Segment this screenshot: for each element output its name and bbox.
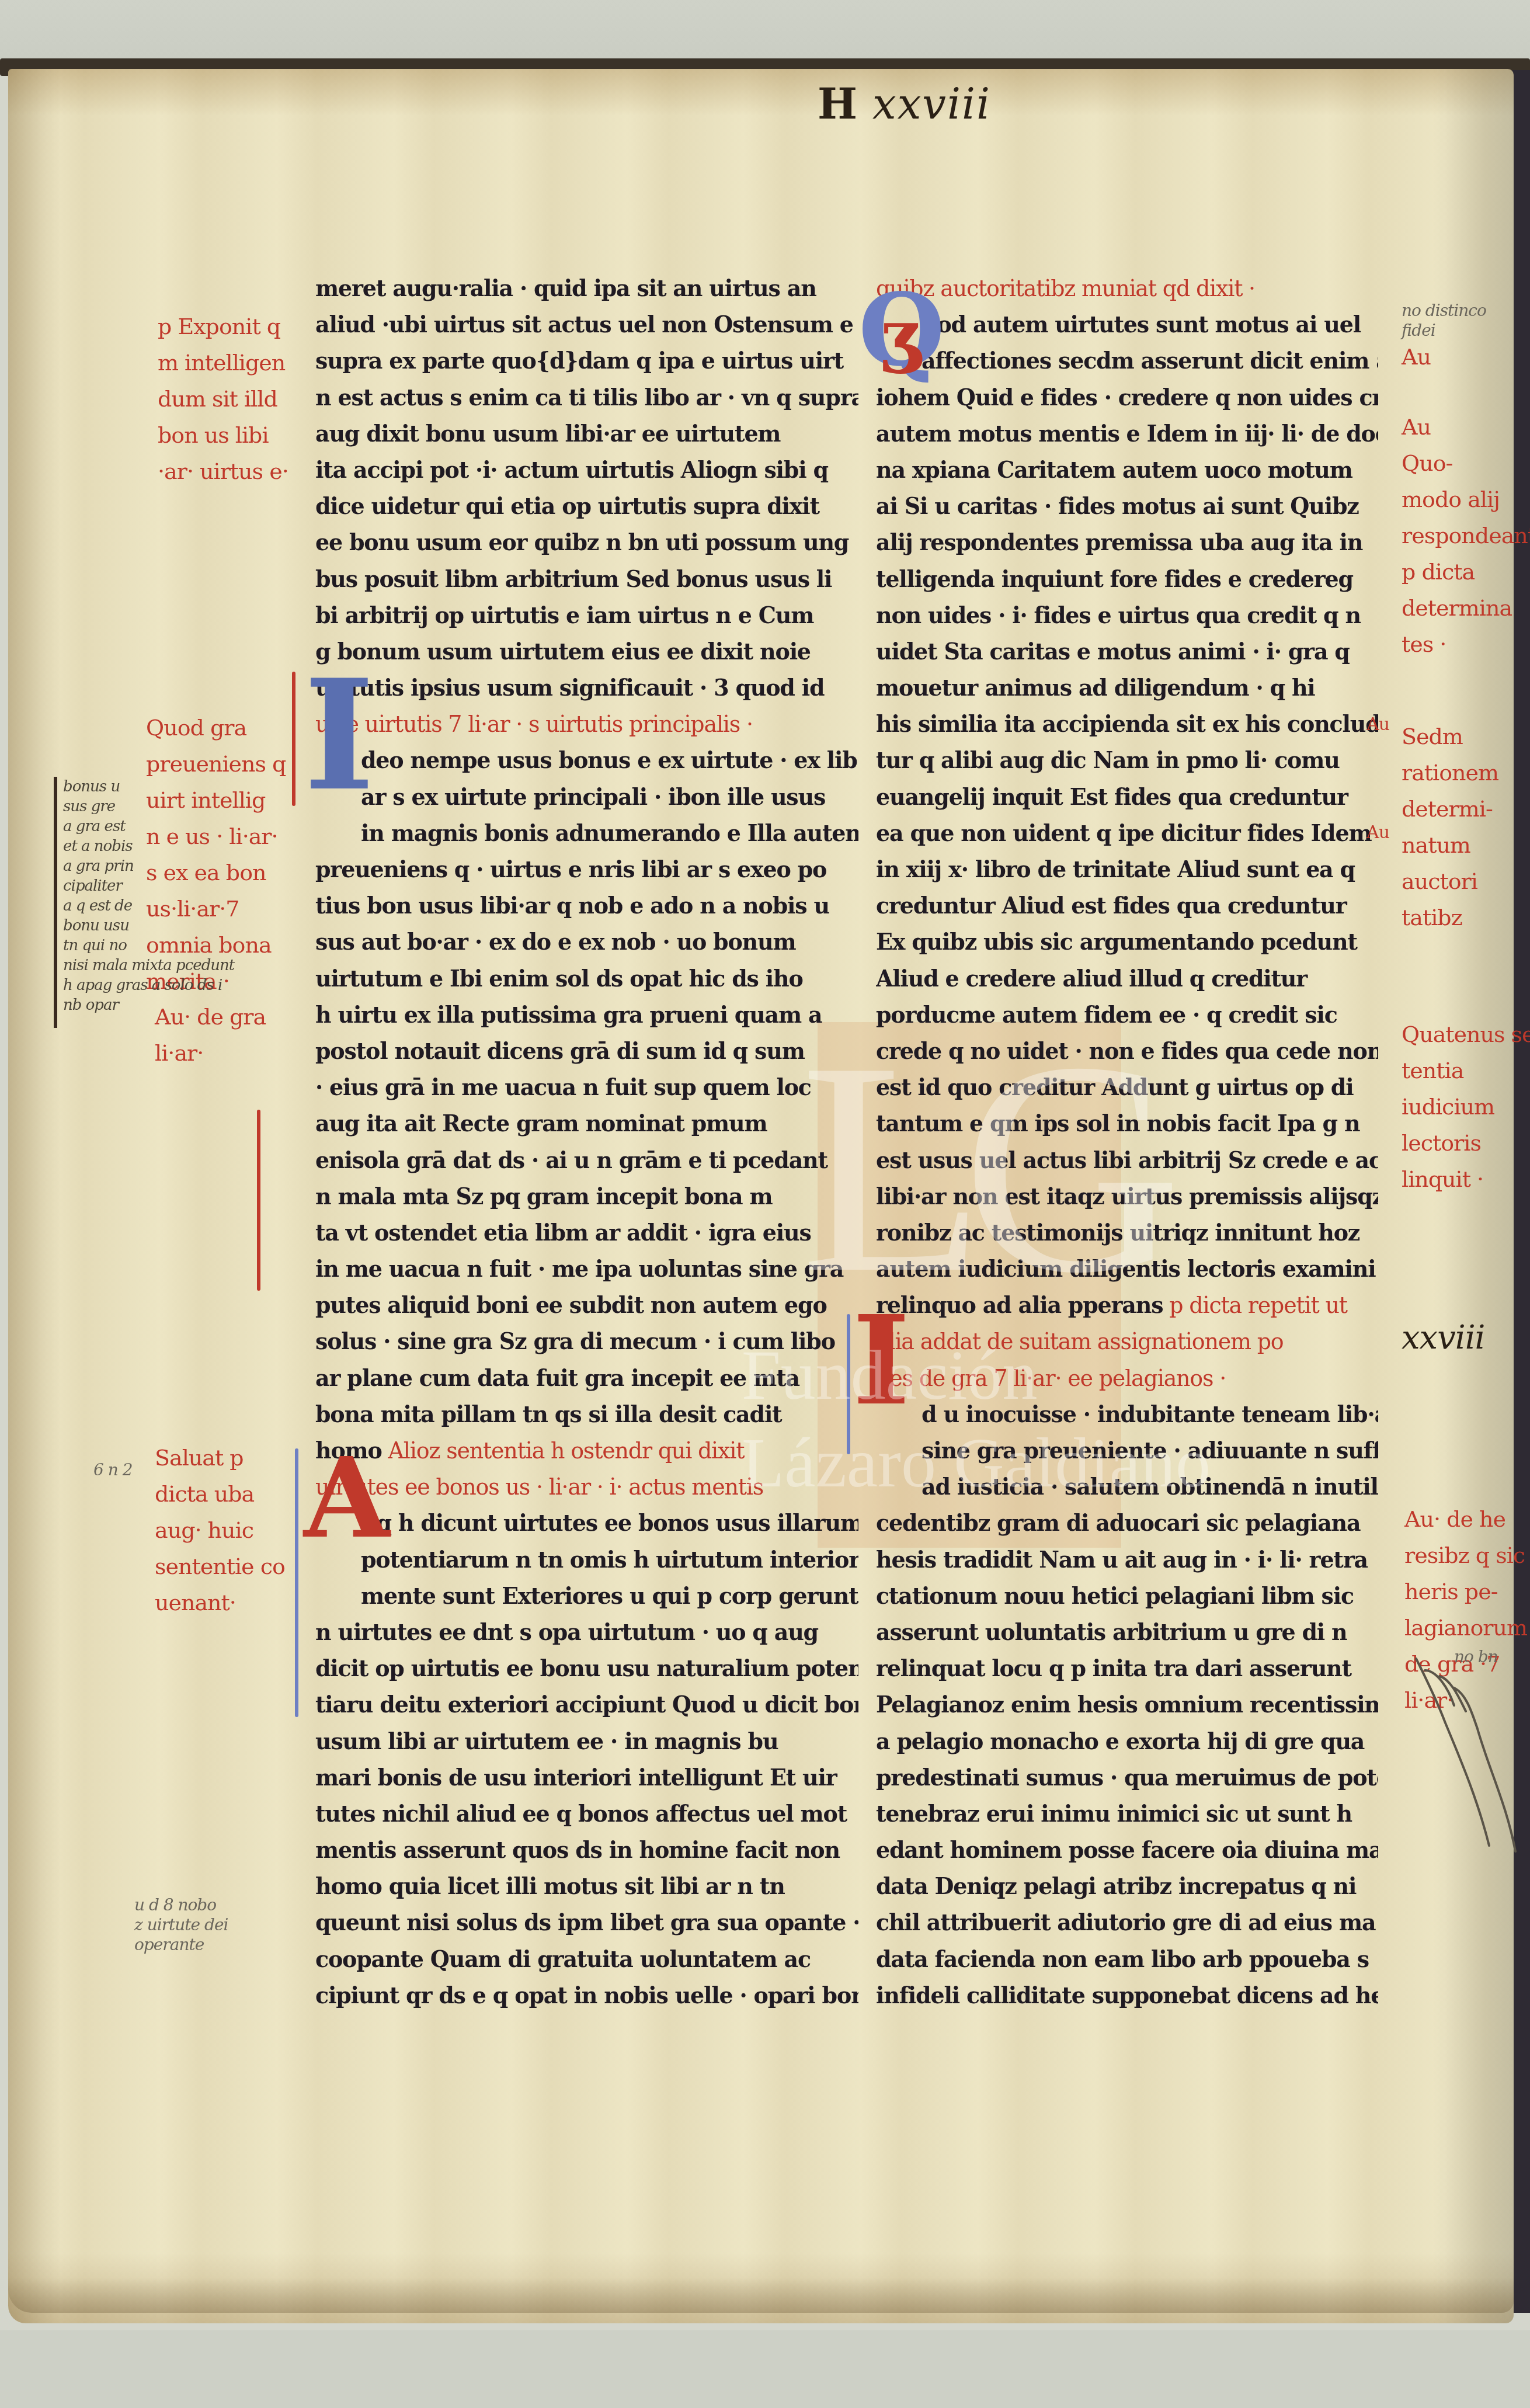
gloss-line: h apag gras a solo ds i: [63, 975, 234, 995]
margin-gloss: Saluat pdicta ubaaug· huicsententie coue…: [155, 1440, 285, 1621]
text-line: aug dixit bonu usum libi·ar ee uirtutem: [315, 414, 858, 452]
margin-gloss: Quatenus sententiaiudiciumlectorislinqui…: [1402, 1016, 1530, 1197]
text-line: usum libi ar uirtutem ee · in magnis bu: [315, 1722, 858, 1760]
text-line: ronibz ac testimonijs uitriqz innitunt h…: [876, 1213, 1378, 1251]
gloss-line: heris pe-: [1404, 1573, 1527, 1610]
text-line: homo quia licet illi motus sit libi ar n…: [315, 1867, 858, 1905]
text-line: mouetur animus ad diligendum · q hi: [876, 669, 1378, 707]
text-line: in xiij x· libro de trinitate Aliud sunt…: [876, 850, 1378, 888]
gloss-line: aug· huic: [155, 1512, 285, 1548]
gloss-line: a gra prin: [63, 856, 234, 876]
text-line: tutes nichil aliud ee q bonos affectus u…: [315, 1794, 858, 1832]
text-line: · eius grā in me uacua n fuit sup quem l…: [315, 1068, 858, 1106]
text-line: ta vt ostendet etia libm ar addit · igra…: [315, 1213, 858, 1251]
gloss-line: Au· de he: [1404, 1501, 1527, 1537]
background-bottom: [0, 2330, 1530, 2408]
text-line: non uides · i· fides e uirtus qua credit…: [876, 596, 1378, 634]
decorated-initial-Q-blue: Qʒ: [858, 280, 945, 380]
initial-flourish-blue: [295, 1448, 298, 1717]
text-line: data facienda non eam libo arb ppoueba s: [876, 1940, 1378, 1978]
initial-red-flourish: ʒ: [881, 286, 920, 385]
text-line: creduntur Aliud est fides qua creduntur: [876, 887, 1378, 925]
gloss-line: Quod gra: [146, 710, 286, 746]
decorated-initial-A-red: A: [304, 1443, 390, 1554]
margin-gloss: AuQuo-modo alijrespondeantp dictadetermi…: [1402, 409, 1530, 662]
text-line: uirtutum e Ibi enim sol ds opat hic ds i…: [315, 959, 858, 997]
margin-gloss: Sedmrationemdetermi-natumauctoritatibz: [1402, 718, 1498, 936]
gloss-line: Au: [1402, 339, 1431, 375]
margin-annotation: u d 8 noboz uirtute deioperante: [134, 1895, 228, 1955]
text-line: libi·ar non est itaqz uirtus premissis a…: [876, 1177, 1378, 1215]
gloss-line: Saluat p: [155, 1440, 285, 1476]
gloss-line: ·ar· uirtus e·: [158, 453, 288, 489]
gloss-line: Quatenus sen: [1402, 1016, 1530, 1052]
text-line: bus posuit libm arbitrium Sed bonus usus…: [315, 560, 858, 597]
gloss-line: a q est de: [63, 896, 234, 916]
gloss-line: cipaliter: [63, 876, 234, 896]
gloss-line: u d 8 nobo: [134, 1895, 228, 1915]
right-text-column: quibz auctoritatibz muniat qd dixit ·uod…: [876, 270, 1378, 2013]
text-line: supra ex parte quo{d}dam q ipa e uirtus …: [315, 342, 858, 380]
text-line: cipiunt qr ds e q opat in nobis uelle · …: [315, 1976, 858, 2014]
text-line: bona mita pillam tn qs si illa desit cad…: [315, 1395, 858, 1433]
gloss-line: dicta uba: [155, 1476, 285, 1512]
gloss-line: fidei: [1402, 321, 1486, 340]
text-line: enisola grā dat ds · ai u n grām e ti pc…: [315, 1141, 858, 1179]
gloss-line: iudicium: [1402, 1089, 1530, 1125]
text-line: tius bon usus libi·ar q nob e ado n a no…: [315, 887, 858, 925]
text-line: alij respondentes premissa uba aug ita i…: [876, 523, 1378, 561]
text-line: meret augu·ralia · quid ipa sit an uirtu…: [315, 269, 858, 307]
text-line: n uirtutes ee dnt s opa uirtutum · uo q …: [315, 1613, 858, 1650]
gloss-line: Au: [1402, 409, 1530, 445]
text-line: coopante Quam di gratuita uoluntatem ac: [315, 1940, 858, 1978]
rubric: p dicta repetit ut: [1163, 1291, 1347, 1318]
left-text-column: meret augu·ralia · quid ipa sit an uirtu…: [315, 270, 858, 2013]
text-line: tantum e qm ips sol in nobis facit Ipa g…: [876, 1104, 1378, 1142]
text-line: ee bonu usum eor quibz n bn uti possum u…: [315, 523, 858, 561]
gloss-line: tentia: [1402, 1052, 1530, 1089]
text-line: his similia ita accipienda sit ex his co…: [876, 705, 1378, 743]
text-line: nes de gra 7 li·ar· ee pelagianos ·: [876, 1358, 1378, 1396]
gloss-line: li·ar·: [155, 1035, 266, 1071]
text-line: sus aut bo·ar · ex do e ex nob · uo bonu…: [315, 923, 858, 961]
text-line: n est actus s enim ca ti tilis libo ar ·…: [315, 378, 858, 416]
text-line: mente sunt Exteriores u qui p corp gerun…: [315, 1576, 858, 1614]
text-line: uirtutis ipsius usum significauit · 3 qu…: [315, 669, 858, 707]
gloss-line: 6 n 2: [93, 1460, 132, 1480]
text-line: crede q no uidet · non e fides qua cede …: [876, 1031, 1378, 1069]
text-line: putes aliquid boni ee subdit non autem e…: [315, 1286, 858, 1324]
gloss-line: lagianorum: [1404, 1610, 1527, 1646]
text-line: mari bonis de usu interiori intelligunt …: [315, 1758, 858, 1796]
margin-annotation: bonus usus grea gra estet a nobisa gra p…: [63, 777, 234, 1015]
gloss-line: z uirtute dei: [134, 1915, 228, 1935]
text-line: Pelagianoz enim hesis omnium recentissim…: [876, 1686, 1378, 1724]
gloss-line: dum sit illd: [158, 381, 288, 417]
text-line: ai Si u caritas · fides motus ai sunt Qu…: [876, 487, 1378, 525]
gloss-line: bon us libi: [158, 417, 288, 453]
text-line: ar s ex uirtute principali · ibon ille u…: [315, 777, 858, 815]
gloss-line: no distinco: [1402, 301, 1486, 321]
text-line: porducme autem fidem ee · q credit sic: [876, 995, 1378, 1033]
rubric: Alioz sententia h ostendr qui dixit: [382, 1437, 745, 1464]
text-line: Aliud e credere aliud illud q creditur: [876, 959, 1378, 997]
text-line: aliud ·ubi uirtus sit actus uel non Oste…: [315, 305, 858, 343]
text-line: uidet Sta caritas e motus animi · i· gra…: [876, 632, 1378, 670]
text-line: quibz auctoritatibz muniat qd dixit ·: [876, 269, 1378, 307]
gloss-line: operante: [134, 1935, 228, 1955]
text-line: Ex quibz ubis sic argumentando pcedunt: [876, 923, 1378, 961]
text-line: ad iusticia · salutem obtinendā n inutil…: [876, 1468, 1378, 1506]
text-line: ctationum nouu hetici pelagiani libm sic: [876, 1576, 1378, 1614]
text-line: us e uirtutis 7 li·ar · s uirtutis princ…: [315, 705, 858, 743]
initial-flourish: [292, 672, 295, 806]
initial-flourish-blue: [847, 1314, 850, 1454]
text-line: ar plane cum data fuit gra incepit ee mt…: [315, 1358, 858, 1396]
text-line: predestinati sumus · qua meruimus de pot…: [876, 1758, 1378, 1796]
text-line: tur q alibi aug dic Nam in pmo li· comu: [876, 741, 1378, 779]
text-line: dicit op uirtutis ee bonu usu naturalium…: [315, 1649, 858, 1687]
text-line: a pelagio monacho e exorta hij di gre qu…: [876, 1722, 1378, 1760]
gloss-line: determina: [1402, 590, 1530, 626]
text-line: uod autem uirtutes sunt motus ai uel: [876, 305, 1378, 343]
text-line: postol notauit dicens grā di sum id q su…: [315, 1031, 858, 1069]
gloss-line: Au: [1366, 815, 1389, 851]
gloss-line: sententie co: [155, 1548, 285, 1585]
gloss-line: p dicta: [1402, 554, 1530, 590]
gloss-line: tn qui no: [63, 936, 234, 955]
decorated-initial-I-blue: I: [304, 672, 375, 800]
text-line: sine gra preueniente · adiuuante n suffi…: [876, 1431, 1378, 1469]
text-line: iohem Quid e fides · credere q non uides…: [876, 378, 1378, 416]
gloss-line: Sedm: [1402, 718, 1498, 755]
text-line: hesis tradidit Nam u ait aug in · i· li·…: [876, 1540, 1378, 1578]
gloss-line: bonus u: [63, 777, 234, 797]
pointing-hand-icon: [1413, 1653, 1518, 1863]
gloss-line: natum: [1402, 827, 1498, 863]
text-line: affectiones secdm asserunt dicit enim au…: [876, 342, 1378, 380]
text-line: est id quo creditur Addunt g uirtus op d…: [876, 1068, 1378, 1106]
text-line: ea que non uident q ipe dicitur fides Id…: [876, 814, 1378, 852]
margin-gloss: Au: [1366, 707, 1389, 743]
text-line: data Deniqz pelagi atribz increpatus q n…: [876, 1867, 1378, 1905]
text-line: solus · sine gra Sz gra di mecum · i cum…: [315, 1322, 858, 1360]
text-line: mentis asserunt quos ds in homine facit …: [315, 1831, 858, 1869]
gloss-line: tes ·: [1402, 626, 1530, 662]
margin-annotation: 6 n 2: [93, 1460, 132, 1480]
gloss-line: linquit ·: [1402, 1161, 1530, 1197]
text-line: tenebraz erui inimu inimici sic ut sunt …: [876, 1794, 1378, 1832]
gloss-line: lectoris: [1402, 1125, 1530, 1161]
gloss-line: Quo-: [1402, 445, 1530, 481]
text-line: edant hominem posse facere oia diuina ma…: [876, 1831, 1378, 1869]
margin-folio-number: xxviii: [1402, 1320, 1485, 1356]
gloss-line: respondeant: [1402, 517, 1530, 554]
text-line: relinquat locu q p inita tra dari asseru…: [876, 1649, 1378, 1687]
text-line: potentiarum n tn omis h uirtutum interio…: [315, 1540, 858, 1578]
gloss-line: tatibz: [1402, 899, 1498, 936]
text-line: liq h dicunt uirtutes ee bonos usus illa…: [315, 1504, 858, 1542]
text-line: infideli calliditate supponebat dicens a…: [876, 1976, 1378, 2014]
margin-gloss: Au: [1402, 339, 1431, 375]
gloss-line: rationem: [1402, 755, 1498, 791]
text-line: d u inocuisse · indubitante teneam lib·a…: [876, 1395, 1378, 1433]
text-line: relinquo ad alia pperans p dicta repetit…: [876, 1286, 1378, 1324]
text-line: cedentibz gram di aduocari sic pelagiana: [876, 1504, 1378, 1542]
gloss-line: bonu usu: [63, 916, 234, 936]
annotation-bracket: [54, 777, 57, 1028]
gloss-line: resibz q sic: [1404, 1537, 1527, 1573]
folio-roman-numeral: xxviii: [872, 79, 991, 128]
text-line: aug ita ait Recte gram nominat pmum: [315, 1104, 858, 1142]
gloss-line: nb opar: [63, 995, 234, 1015]
text-line: n mala mta Sz pq gram incepit bona m: [315, 1177, 858, 1215]
page-bottom-shadow: [8, 2278, 1514, 2313]
text-line: homo Alioz sententia h ostendr qui dixit: [315, 1431, 858, 1469]
decorated-initial-I-red: I: [853, 1302, 910, 1419]
text-line: preueniens q · uirtus e nris libi ar s e…: [315, 850, 858, 888]
text-line: in me uacua n fuit · me ipa uoluntas sin…: [315, 1250, 858, 1288]
margin-gloss: p Exponit qm intelligendum sit illdbon u…: [158, 308, 288, 489]
text-line: tiaru deitu exteriori accipiunt Quod u d…: [315, 1686, 858, 1724]
gloss-line: nisi mala mixta pcedunt: [63, 955, 234, 975]
gloss-line: sus gre: [63, 797, 234, 816]
gloss-line: m intelligen: [158, 345, 288, 381]
text-line: bi arbitrij op uirtutis e iam uirtus n e…: [315, 596, 858, 634]
text-line: h uirtu ex illa putissima gra prueni qua…: [315, 995, 858, 1033]
text-line: euangelij inquit Est fides qua creduntur: [876, 777, 1378, 815]
text-line: ita accipi pot ·i· actum uirtutis Aliogn…: [315, 450, 858, 488]
text-line: na xpiana Caritatem autem uoco motum: [876, 450, 1378, 488]
text-line: deo nempe usus bonus e ex uirtute · ex l…: [315, 741, 858, 779]
gloss-line: p Exponit q: [158, 308, 288, 345]
gloss-line: determi-: [1402, 791, 1498, 827]
margin-annotation: no distincofidei: [1402, 301, 1486, 340]
text-line: autem motus mentis e Idem in iij· li· de…: [876, 414, 1378, 452]
gloss-line: modo alij: [1402, 481, 1530, 517]
text-line: in magnis bonis adnumerando e Illa autem…: [315, 814, 858, 852]
text-line: est usus uel actus libi arbitrij Sz cred…: [876, 1141, 1378, 1179]
gloss-line: a gra est: [63, 816, 234, 836]
text-line: asserunt uoluntatis arbitrium u gre di n: [876, 1613, 1378, 1650]
gloss-line: Au: [1366, 707, 1389, 743]
text-line: telligenda inquiunt fore fides e credere…: [876, 560, 1378, 597]
text-line: dice uidetur qui etia op uirtutis supra …: [315, 487, 858, 525]
gloss-line: et a nobis: [63, 836, 234, 856]
text-line: g bonum usum uirtutem eius ee dixit noie: [315, 632, 858, 670]
text-line: autem iudicium diligentis lectoris exami…: [876, 1250, 1378, 1288]
margin-gloss: Au: [1366, 815, 1389, 851]
text-line: chil attribuerit adiutorio gre di ad eiu…: [876, 1903, 1378, 1941]
folio-number: Hxxviii: [818, 79, 991, 128]
folio-mark: H: [818, 79, 858, 128]
text-line: queunt nisi solus ds ipm libet gra sua o…: [315, 1903, 858, 1941]
gloss-line: uenant·: [155, 1585, 285, 1621]
text-line: alia addat de suitam assignationem po: [876, 1322, 1378, 1360]
text-line: uirtutes ee bonos us · li·ar · i· actus …: [315, 1468, 858, 1506]
gloss-line: auctori: [1402, 863, 1498, 899]
margin-red-line: [257, 1110, 260, 1291]
